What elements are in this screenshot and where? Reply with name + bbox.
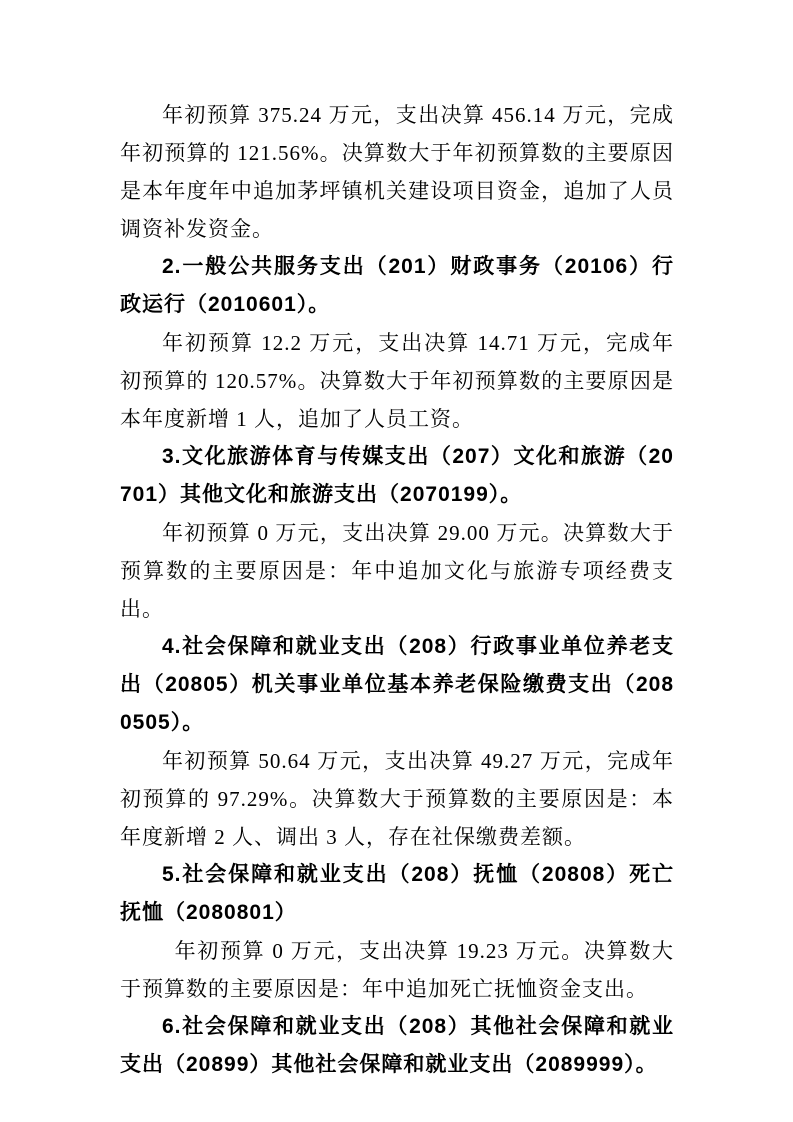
body-paragraph-budget-item-3: 年初预算 0 万元，支出决算 29.00 万元。决算数大于预算数的主要原因是：年… [120, 514, 674, 628]
body-paragraph-budget-item-4: 年初预算 50.64 万元，支出决算 49.27 万元，完成年初预算的 97.2… [120, 742, 674, 856]
document-page: 年初预算 375.24 万元，支出决算 456.14 万元，完成年初预算的 12… [0, 0, 793, 1122]
body-paragraph-budget-item-1: 年初预算 375.24 万元，支出决算 456.14 万元，完成年初预算的 12… [120, 96, 674, 248]
section-heading-6: 6.社会保障和就业支出（208）其他社会保障和就业支出（20899）其他社会保障… [120, 1008, 674, 1084]
section-heading-4: 4.社会保障和就业支出（208）行政事业单位养老支出（20805）机关事业单位基… [120, 628, 674, 742]
body-paragraph-budget-item-2: 年初预算 12.2 万元，支出决算 14.71 万元，完成年初预算的 120.5… [120, 324, 674, 438]
section-heading-5: 5.社会保障和就业支出（208）抚恤（20808）死亡抚恤（2080801） [120, 856, 674, 932]
document-content: 年初预算 375.24 万元，支出决算 456.14 万元，完成年初预算的 12… [120, 96, 674, 1084]
section-heading-2: 2.一般公共服务支出（201）财政事务（20106）行政运行（2010601）。 [120, 248, 674, 324]
section-heading-3: 3.文化旅游体育与传媒支出（207）文化和旅游（20701）其他文化和旅游支出（… [120, 438, 674, 514]
body-paragraph-budget-item-5: 年初预算 0 万元，支出决算 19.23 万元。决算数大于预算数的主要原因是：年… [120, 932, 674, 1008]
